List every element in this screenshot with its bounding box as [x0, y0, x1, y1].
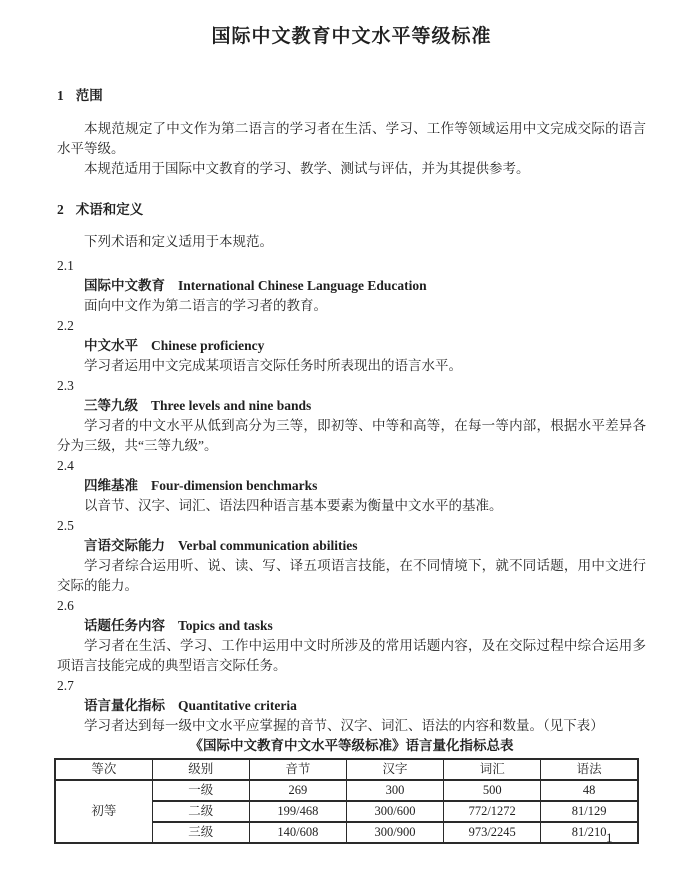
header-vocabulary: 词汇	[444, 759, 541, 780]
table-row: 初等 一级 269 300 500 48	[55, 780, 638, 801]
header-grammar: 语法	[541, 759, 638, 780]
term-zh: 语言量化指标	[84, 698, 165, 713]
section-1-body: 本规范规定了中文作为第二语言的学习者在生活、学习、工作等领域运用中文完成交际的语…	[57, 119, 646, 179]
section-2-intro: 下列术语和定义适用于本规范。	[57, 232, 646, 252]
term-en: Verbal communication abilities	[178, 538, 358, 553]
syllables-cell: 140/608	[249, 822, 346, 843]
term-definition: 学习者运用中文完成某项语言交际任务时所表现出的语言水平。	[57, 356, 646, 376]
grammar-cell: 81/129	[541, 801, 638, 822]
scope-paragraph-2: 本规范适用于国际中文教育的学习、教学、测试与评估，并为其提供参考。	[57, 159, 646, 179]
term-zh: 话题任务内容	[84, 618, 165, 633]
term-definition: 面向中文作为第二语言的学习者的教育。	[57, 296, 646, 316]
scope-paragraph-1: 本规范规定了中文作为第二语言的学习者在生活、学习、工作等领域运用中文完成交际的语…	[57, 119, 646, 159]
document-content: 国际中文教育中文水平等级标准 1范围 本规范规定了中文作为第二语言的学习者在生活…	[0, 26, 690, 844]
term-title: 四维基准Four-dimension benchmarks	[57, 476, 646, 496]
section-1-heading: 1范围	[57, 86, 646, 106]
level-group-cell: 初等	[55, 780, 152, 843]
term-title: 话题任务内容Topics and tasks	[57, 616, 646, 636]
band-cell: 一级	[152, 780, 249, 801]
term-number: 2.4	[57, 456, 646, 476]
header-syllables: 音节	[249, 759, 346, 780]
term-en: Topics and tasks	[178, 618, 273, 633]
term-title: 言语交际能力Verbal communication abilities	[57, 536, 646, 556]
term-en: Chinese proficiency	[151, 338, 264, 353]
section-2-title: 术语和定义	[76, 202, 144, 217]
term-number: 2.1	[57, 256, 646, 276]
grammar-cell: 81/210	[541, 822, 638, 843]
term-2-1: 2.1 国际中文教育International Chinese Language…	[57, 256, 646, 316]
term-en: Quantitative criteria	[178, 698, 297, 713]
term-zh: 四维基准	[84, 478, 138, 493]
term-definition: 学习者达到每一级中文水平应掌握的音节、汉字、词汇、语法的内容和数量。（见下表）	[57, 716, 646, 736]
document-page: 国际中文教育中文水平等级标准 1范围 本规范规定了中文作为第二语言的学习者在生活…	[0, 0, 690, 873]
section-1-title: 范围	[76, 88, 103, 103]
header-characters: 汉字	[346, 759, 443, 780]
characters-cell: 300/600	[346, 801, 443, 822]
term-zh: 中文水平	[84, 338, 138, 353]
term-2-7: 2.7 语言量化指标Quantitative criteria 学习者达到每一级…	[57, 676, 646, 736]
table-header-row: 等次 级别 音节 汉字 词汇 语法	[55, 759, 638, 780]
term-title: 语言量化指标Quantitative criteria	[57, 696, 646, 716]
term-number: 2.6	[57, 596, 646, 616]
term-definition: 以音节、汉字、词汇、语法四种语言基本要素为衡量中文水平的基准。	[57, 496, 646, 516]
term-number: 2.2	[57, 316, 646, 336]
document-title: 国际中文教育中文水平等级标准	[57, 26, 646, 48]
band-cell: 二级	[152, 801, 249, 822]
term-2-6: 2.6 话题任务内容Topics and tasks 学习者在生活、学习、工作中…	[57, 596, 646, 676]
term-title: 国际中文教育International Chinese Language Edu…	[57, 276, 646, 296]
term-zh: 国际中文教育	[84, 278, 165, 293]
term-definition: 学习者综合运用听、说、读、写、译五项语言技能，在不同情境下，就不同话题，用中文进…	[57, 556, 646, 596]
term-number: 2.7	[57, 676, 646, 696]
header-level: 等次	[55, 759, 152, 780]
term-definition: 学习者的中文水平从低到高分为三等，即初等、中等和高等，在每一等内部，根据水平差异…	[57, 416, 646, 456]
table-title: 《国际中文教育中文水平等级标准》语言量化指标总表	[57, 736, 646, 756]
term-number: 2.5	[57, 516, 646, 536]
term-2-2: 2.2 中文水平Chinese proficiency 学习者运用中文完成某项语…	[57, 316, 646, 376]
term-number: 2.3	[57, 376, 646, 396]
terms-list: 2.1 国际中文教育International Chinese Language…	[57, 256, 646, 736]
section-2-heading: 2术语和定义	[57, 200, 646, 220]
syllables-cell: 269	[249, 780, 346, 801]
page-number: 1	[606, 830, 613, 846]
section-1-number: 1	[57, 88, 64, 103]
syllables-cell: 199/468	[249, 801, 346, 822]
term-en: Four-dimension benchmarks	[151, 478, 317, 493]
section-2-number: 2	[57, 202, 64, 217]
term-zh: 三等九级	[84, 398, 138, 413]
band-cell: 三级	[152, 822, 249, 843]
term-2-4: 2.4 四维基准Four-dimension benchmarks 以音节、汉字…	[57, 456, 646, 516]
quantitative-criteria-table: 等次 级别 音节 汉字 词汇 语法 初等 一级 269 300 500 48	[54, 758, 639, 844]
grammar-cell: 48	[541, 780, 638, 801]
term-title: 中文水平Chinese proficiency	[57, 336, 646, 356]
term-en: Three levels and nine bands	[151, 398, 311, 413]
vocabulary-cell: 973/2245	[444, 822, 541, 843]
term-2-3: 2.3 三等九级Three levels and nine bands 学习者的…	[57, 376, 646, 456]
vocabulary-cell: 772/1272	[444, 801, 541, 822]
vocabulary-cell: 500	[444, 780, 541, 801]
section-2-intro-wrap: 下列术语和定义适用于本规范。	[57, 232, 646, 252]
term-2-5: 2.5 言语交际能力Verbal communication abilities…	[57, 516, 646, 596]
term-definition: 学习者在生活、学习、工作中运用中文时所涉及的常用话题内容，及在交际过程中综合运用…	[57, 636, 646, 676]
characters-cell: 300/900	[346, 822, 443, 843]
header-band: 级别	[152, 759, 249, 780]
term-title: 三等九级Three levels and nine bands	[57, 396, 646, 416]
term-en: International Chinese Language Education	[178, 278, 427, 293]
characters-cell: 300	[346, 780, 443, 801]
term-zh: 言语交际能力	[84, 538, 165, 553]
